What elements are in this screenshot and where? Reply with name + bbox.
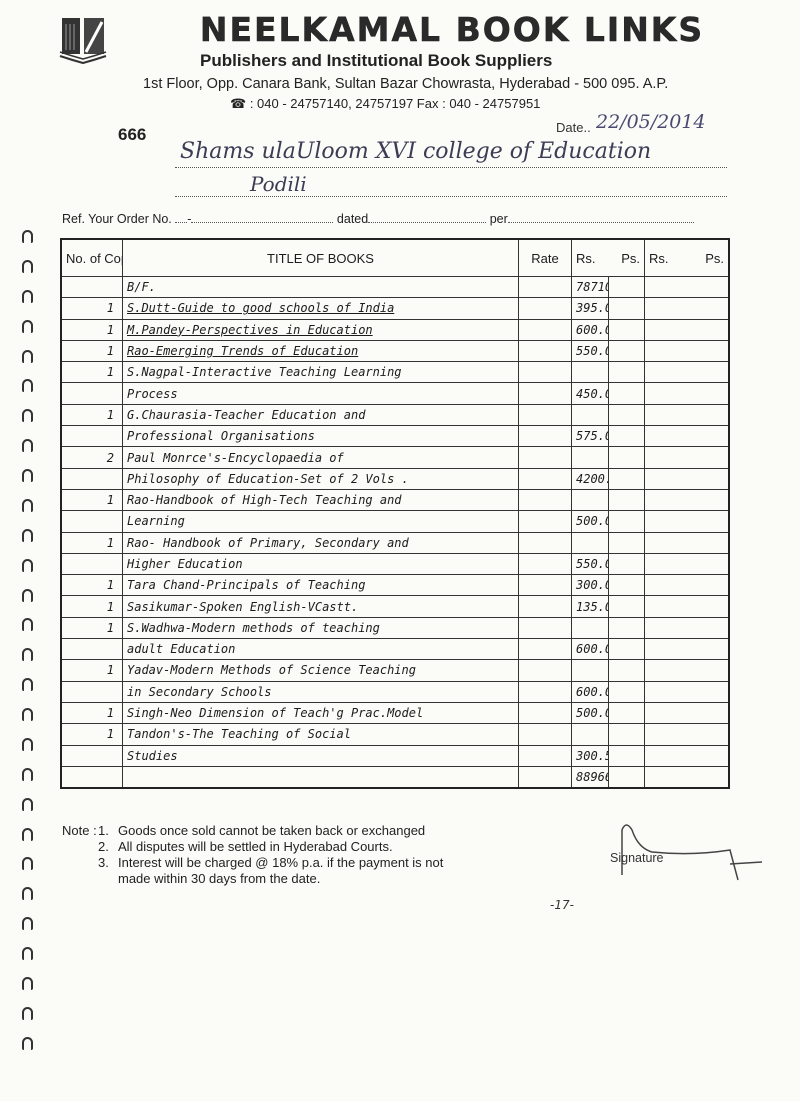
row-rate [519, 298, 572, 319]
row-copies: 1 [61, 489, 123, 510]
row-amount [572, 404, 609, 425]
row-amount-2 [645, 404, 730, 425]
row-amount: 600.00 [572, 639, 609, 660]
row-rate [519, 404, 572, 425]
table-row: 1Tara Chand-Principals of Teaching300.00 [61, 575, 729, 596]
date-label: Date.. [556, 120, 591, 135]
row-amount: 600.00 [572, 319, 609, 340]
order-reference: Ref. Your Order No. - dated per [62, 212, 694, 226]
table-row: 1Tandon's-The Teaching of Social [61, 724, 729, 745]
row-title: Rao-Emerging Trends of Education [123, 340, 519, 361]
row-amount-2 [645, 383, 730, 404]
row-copies [61, 383, 123, 404]
row-rate [519, 660, 572, 681]
row-copies: 1 [61, 532, 123, 553]
row-amount: 600.00 [572, 681, 609, 702]
company-address: 1st Floor, Opp. Canara Bank, Sultan Baza… [143, 76, 668, 92]
row-amount: 135.00 [572, 596, 609, 617]
row-amount [572, 532, 609, 553]
table-row: Philosophy of Education-Set of 2 Vols .4… [61, 468, 729, 489]
row-rate [519, 702, 572, 723]
dated-label: dated [337, 212, 368, 226]
row-amount [572, 724, 609, 745]
row-ps [608, 639, 645, 660]
header-copies: No. of Copies [61, 239, 123, 277]
row-rate [519, 724, 572, 745]
row-amount-2 [645, 702, 730, 723]
row-amount-2 [645, 596, 730, 617]
row-title: Higher Education [123, 553, 519, 574]
table-row: in Secondary Schools600.00 [61, 681, 729, 702]
company-name: NEELKAMAL BOOK LINKS [172, 10, 732, 49]
company-phone: ☎ : 040 - 24757140, 24757197 Fax : 040 -… [230, 96, 540, 112]
row-title: Sasikumar-Spoken English-VCastt. [123, 596, 519, 617]
table-row: Higher Education550.00 [61, 553, 729, 574]
notes-label: Note : [62, 823, 98, 839]
note-item: Interest will be charged @ 18% p.a. if t… [118, 855, 443, 871]
table-row: 1Singh-Neo Dimension of Teach'g Prac.Mod… [61, 702, 729, 723]
row-ps [608, 362, 645, 383]
row-amount: 78710.50 [572, 277, 609, 298]
row-copies [61, 745, 123, 766]
row-amount [572, 617, 609, 638]
table-row: Learning500.00 [61, 511, 729, 532]
row-copies: 1 [61, 298, 123, 319]
row-title: S.Dutt-Guide to good schools of India [123, 298, 519, 319]
customer-line-2 [175, 196, 727, 197]
row-amount: 550.00 [572, 340, 609, 361]
row-title: Yadav-Modern Methods of Science Teaching [123, 660, 519, 681]
header-rs-ps-1: Rs.Ps. [572, 239, 645, 277]
row-amount-2 [645, 362, 730, 383]
row-copies: 1 [61, 596, 123, 617]
row-title: Learning [123, 511, 519, 532]
header-ps: Ps. [621, 251, 640, 266]
row-copies [61, 681, 123, 702]
table-row: 1S.Dutt-Guide to good schools of India39… [61, 298, 729, 319]
row-ps [608, 660, 645, 681]
row-ps [608, 596, 645, 617]
row-amount-2 [645, 553, 730, 574]
row-amount-2 [645, 617, 730, 638]
row-rate [519, 447, 572, 468]
row-copies: 2 [61, 447, 123, 468]
row-amount: 500.00 [572, 702, 609, 723]
table-row: 1Yadav-Modern Methods of Science Teachin… [61, 660, 729, 681]
row-rate [519, 681, 572, 702]
books-table: No. of Copies TITLE OF BOOKS Rate Rs.Ps.… [60, 238, 730, 789]
row-rate [519, 575, 572, 596]
row-rate [519, 489, 572, 510]
row-copies [61, 426, 123, 447]
per-label: per [490, 212, 508, 226]
row-rate [519, 383, 572, 404]
row-title: Singh-Neo Dimension of Teach'g Prac.Mode… [123, 702, 519, 723]
row-amount-2 [645, 447, 730, 468]
table-header-row: No. of Copies TITLE OF BOOKS Rate Rs.Ps.… [61, 239, 729, 277]
header-title: TITLE OF BOOKS [123, 239, 519, 277]
table-row: 2Paul Monrce's-Encyclopaedia of [61, 447, 729, 468]
row-rate [519, 319, 572, 340]
header-rs-ps-2: Rs.Ps. [645, 239, 730, 277]
row-title: Rao-Handbook of High-Tech Teaching and [123, 489, 519, 510]
row-title [123, 766, 519, 788]
row-amount-2 [645, 340, 730, 361]
row-amount-2 [645, 766, 730, 788]
row-copies [61, 468, 123, 489]
row-ps [608, 766, 645, 788]
invoice-number: 666 [118, 125, 146, 145]
row-rate [519, 340, 572, 361]
row-ps [608, 340, 645, 361]
row-ps [608, 724, 645, 745]
row-ps [608, 277, 645, 298]
row-amount-2 [645, 489, 730, 510]
row-ps [608, 575, 645, 596]
terms-notes: Note :1.Goods once sold cannot be taken … [62, 823, 443, 887]
row-rate [519, 766, 572, 788]
row-copies: 1 [61, 660, 123, 681]
row-amount: 550.00 [572, 553, 609, 574]
row-amount: 300.00 [572, 575, 609, 596]
customer-line-1 [175, 167, 727, 168]
row-title: G.Chaurasia-Teacher Education and [123, 404, 519, 425]
table-row: Process450.00 [61, 383, 729, 404]
row-amount-2 [645, 660, 730, 681]
table-row: 1Rao-Handbook of High-Tech Teaching and [61, 489, 729, 510]
row-copies [61, 639, 123, 660]
phone-icon: ☎ [230, 96, 246, 111]
row-title: Tandon's-The Teaching of Social [123, 724, 519, 745]
customer-name: Shams ulaUloom XVI college of Education [180, 139, 651, 164]
row-ps [608, 404, 645, 425]
row-rate [519, 426, 572, 447]
table-row: 1S.Nagpal-Interactive Teaching Learning [61, 362, 729, 383]
row-amount-2 [645, 277, 730, 298]
row-title: S.Wadhwa-Modern methods of teaching [123, 617, 519, 638]
row-ps [608, 702, 645, 723]
row-rate [519, 362, 572, 383]
row-rate [519, 511, 572, 532]
row-ps [608, 319, 645, 340]
table-row: 88966.00 [61, 766, 729, 788]
row-amount [572, 362, 609, 383]
row-title: B/F. [123, 277, 519, 298]
row-title: Studies [123, 745, 519, 766]
row-ps [608, 489, 645, 510]
row-ps [608, 617, 645, 638]
row-copies: 1 [61, 575, 123, 596]
row-copies [61, 553, 123, 574]
row-title: Process [123, 383, 519, 404]
ref-label: Ref. Your Order No. [62, 212, 172, 226]
header-rs: Rs. [576, 251, 596, 266]
row-title: Rao- Handbook of Primary, Secondary and [123, 532, 519, 553]
row-rate [519, 532, 572, 553]
row-ps [608, 298, 645, 319]
row-title: Professional Organisations [123, 426, 519, 447]
table-row: 1M.Pandey-Perspectives in Education600.0… [61, 319, 729, 340]
row-copies [61, 277, 123, 298]
customer-place: Podili [250, 172, 307, 196]
table-row: Studies300.50 [61, 745, 729, 766]
note-item-continuation: made within 30 days from the date. [62, 871, 443, 887]
row-rate [519, 553, 572, 574]
row-ps [608, 468, 645, 489]
row-amount [572, 660, 609, 681]
row-ps [608, 511, 645, 532]
row-copies: 1 [61, 362, 123, 383]
row-copies: 1 [61, 702, 123, 723]
row-amount-2 [645, 639, 730, 660]
row-rate [519, 617, 572, 638]
row-amount [572, 447, 609, 468]
note-item: All disputes will be settled in Hyderaba… [118, 839, 393, 855]
row-copies: 1 [61, 340, 123, 361]
date-value: 22/05/2014 [596, 111, 706, 133]
book-logo-icon [58, 16, 108, 64]
header-rate: Rate [519, 239, 572, 277]
row-amount: 300.50 [572, 745, 609, 766]
row-rate [519, 596, 572, 617]
row-ps [608, 532, 645, 553]
page-number: -17- [550, 898, 574, 912]
signature-label: Signature [610, 851, 664, 865]
row-copies [61, 766, 123, 788]
row-amount-2 [645, 724, 730, 745]
spiral-binding [22, 230, 38, 1050]
table-row: 1Rao-Emerging Trends of Education550.00 [61, 340, 729, 361]
table-row: 1Sasikumar-Spoken English-VCastt.135.00 [61, 596, 729, 617]
row-amount-2 [645, 532, 730, 553]
row-amount-2 [645, 298, 730, 319]
row-title: S.Nagpal-Interactive Teaching Learning [123, 362, 519, 383]
table-row: 1G.Chaurasia-Teacher Education and [61, 404, 729, 425]
row-rate [519, 745, 572, 766]
row-amount-2 [645, 681, 730, 702]
header-rs: Rs. [649, 251, 669, 266]
note-item: Goods once sold cannot be taken back or … [118, 823, 425, 839]
row-amount: 575.00 [572, 426, 609, 447]
row-amount: 450.00 [572, 383, 609, 404]
row-copies: 1 [61, 319, 123, 340]
row-amount-2 [645, 511, 730, 532]
row-rate [519, 468, 572, 489]
row-ps [608, 681, 645, 702]
row-title: Philosophy of Education-Set of 2 Vols . [123, 468, 519, 489]
row-ps [608, 447, 645, 468]
row-copies: 1 [61, 404, 123, 425]
row-copies: 1 [61, 724, 123, 745]
table-row: adult Education600.00 [61, 639, 729, 660]
row-ps [608, 426, 645, 447]
company-tagline: Publishers and Institutional Book Suppli… [200, 51, 552, 71]
phone-numbers: : 040 - 24757140, 24757197 Fax : 040 - 2… [250, 96, 541, 111]
row-amount [572, 489, 609, 510]
row-rate [519, 277, 572, 298]
table-row: 1S.Wadhwa-Modern methods of teaching [61, 617, 729, 638]
header-ps: Ps. [705, 251, 724, 266]
row-amount-2 [645, 575, 730, 596]
table-row: Professional Organisations575.00 [61, 426, 729, 447]
row-title: M.Pandey-Perspectives in Education [123, 319, 519, 340]
table-row: 1Rao- Handbook of Primary, Secondary and [61, 532, 729, 553]
row-title: adult Education [123, 639, 519, 660]
row-ps [608, 745, 645, 766]
row-ps [608, 553, 645, 574]
row-amount: 395.00 [572, 298, 609, 319]
row-amount-2 [645, 468, 730, 489]
row-rate [519, 639, 572, 660]
row-title: Paul Monrce's-Encyclopaedia of [123, 447, 519, 468]
row-amount: 4200.00 [572, 468, 609, 489]
row-copies [61, 511, 123, 532]
row-copies: 1 [61, 617, 123, 638]
row-amount-2 [645, 319, 730, 340]
row-amount: 500.00 [572, 511, 609, 532]
row-amount-2 [645, 745, 730, 766]
row-ps [608, 383, 645, 404]
row-amount: 88966.00 [572, 766, 609, 788]
row-title: Tara Chand-Principals of Teaching [123, 575, 519, 596]
row-amount-2 [645, 426, 730, 447]
row-title: in Secondary Schools [123, 681, 519, 702]
table-row: B/F.78710.50 [61, 277, 729, 298]
